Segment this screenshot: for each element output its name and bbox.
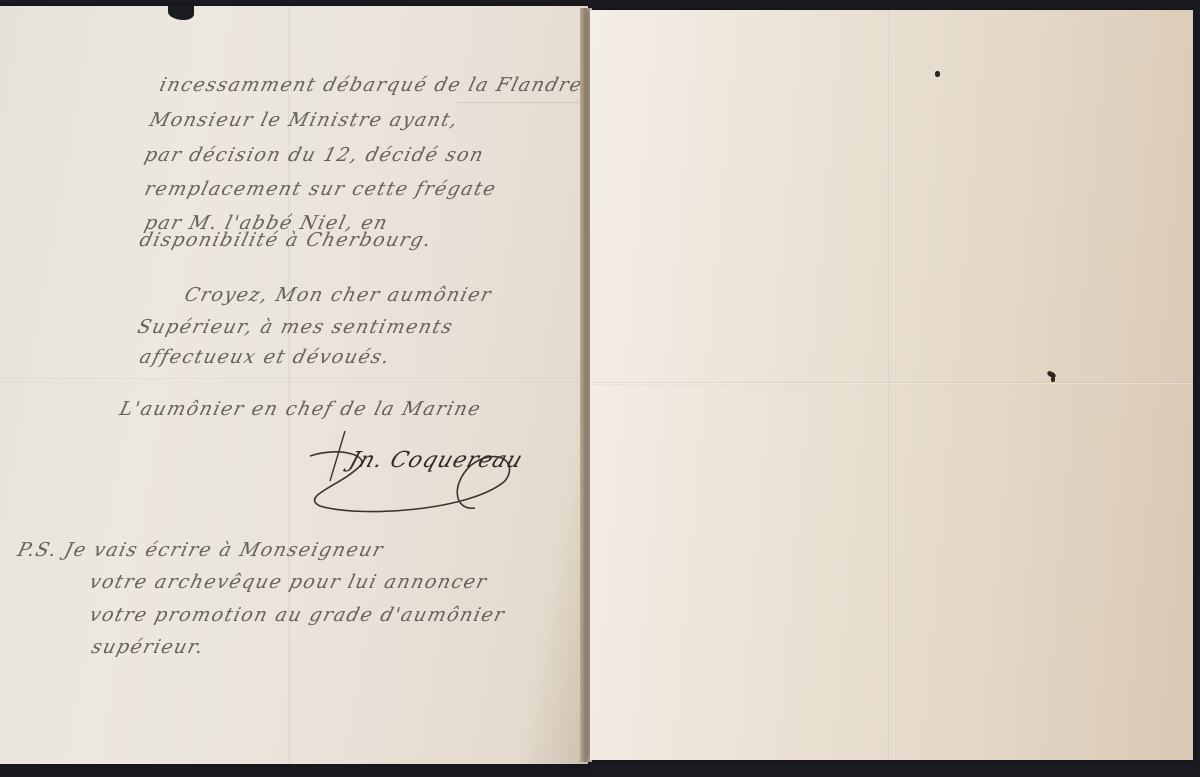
- postscript-line: votre archevêque pour lui annoncer: [87, 571, 490, 593]
- vertical-fold: [888, 10, 891, 760]
- body-line: Monsieur le Ministre ayant,: [147, 109, 461, 131]
- body-line: disponibilité à Cherbourg.: [137, 229, 434, 251]
- closing-line: affectueux et dévoués.: [137, 346, 393, 368]
- body-line: incessamment débarqué de la Flandre,: [157, 74, 593, 96]
- ink-spot-icon: [935, 71, 940, 77]
- faded-letterhead-stamp: [455, 102, 585, 121]
- paper-tear: [168, 6, 194, 20]
- closing-line: Supérieur, à mes sentiments: [135, 316, 456, 338]
- body-line: par décision du 12, décidé son: [142, 144, 486, 166]
- right-page: [590, 10, 1193, 760]
- signature: Jn. Coquereau: [300, 426, 530, 516]
- postscript-line: votre promotion au grade d'aumônier: [87, 604, 507, 626]
- postscript-line: supérieur.: [89, 636, 207, 658]
- horizontal-fold: [0, 378, 588, 381]
- postscript-line: P.S. Je vais écrire à Monseigneur: [15, 539, 386, 561]
- ink-spot-icon: [1051, 377, 1055, 382]
- signature-name: Jn. Coquereau: [346, 448, 526, 473]
- closing-line: Croyez, Mon cher aumônier: [182, 284, 494, 306]
- left-page: incessamment débarqué de la Flandre, Mon…: [0, 6, 588, 764]
- body-line: remplacement sur cette frégate: [142, 178, 499, 200]
- title-line: L'aumônier en chef de la Marine: [117, 398, 484, 420]
- horizontal-fold: [590, 382, 1193, 385]
